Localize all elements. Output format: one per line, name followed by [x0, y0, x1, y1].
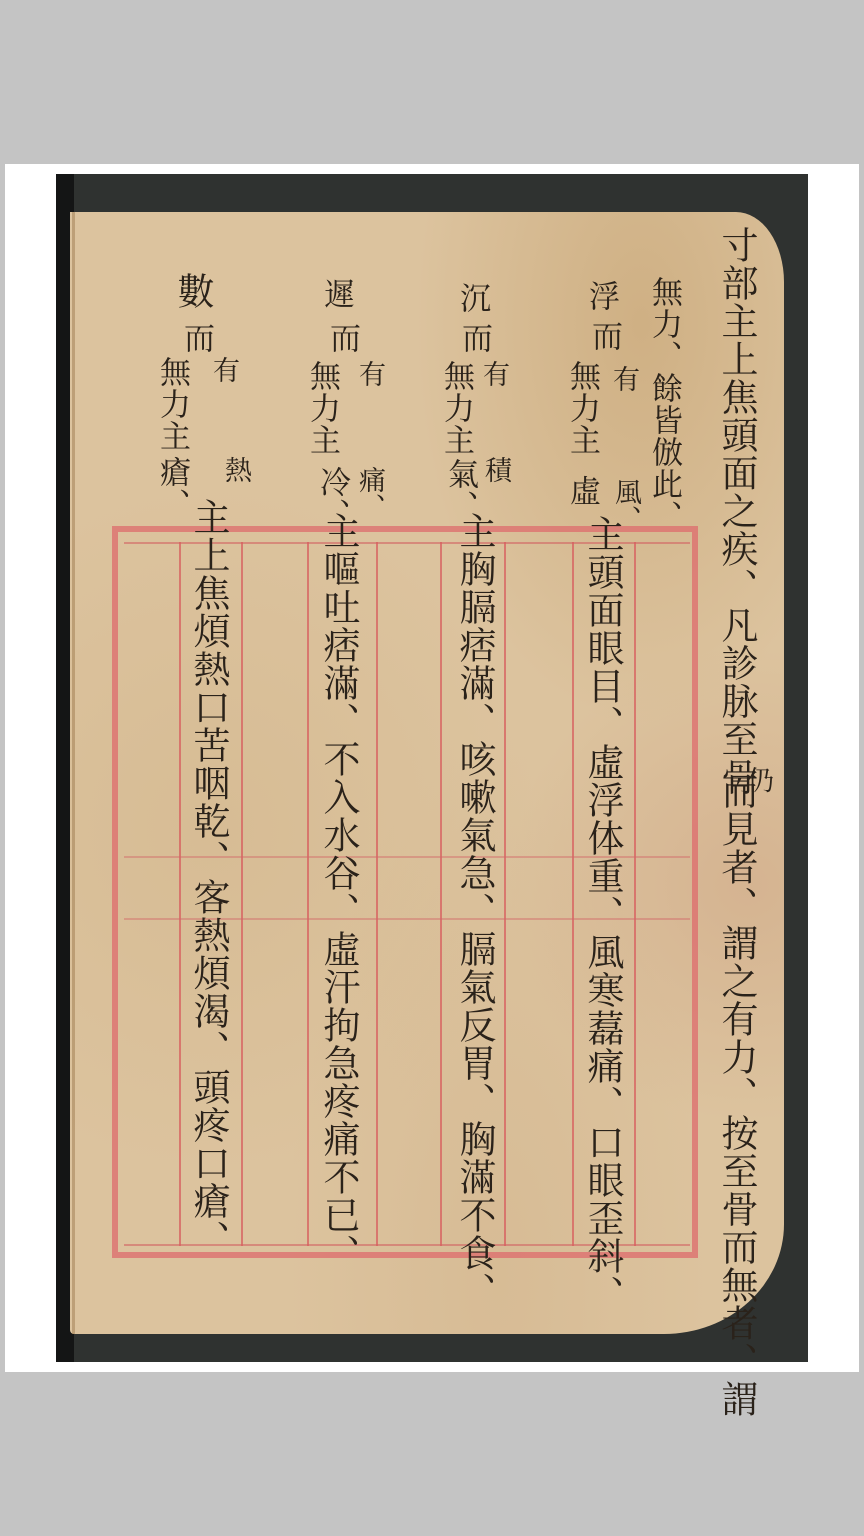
pulse-chen-you: 有 — [480, 360, 507, 387]
pulse-chi: 遲 — [320, 278, 351, 310]
pulse-chen: 沉 — [456, 282, 487, 314]
pulse-chen-er: 而 — [458, 322, 489, 354]
pulse-fu-wu: 無力主 — [566, 360, 597, 456]
pulse-shu-you-zhu: 熱 — [222, 456, 249, 483]
column-rule — [307, 542, 309, 1246]
column-rule — [241, 542, 243, 1246]
heading-column-bottom: 而見者、謂之有力、按至骨而無者、謂 — [718, 772, 755, 1418]
pulse-fu-body: 主頭面眼目、虛浮体重、風寒藞痛、口眼歪斜、 — [584, 515, 621, 1313]
pulse-chen-you-zhu: 積 — [482, 456, 509, 483]
pulse-shu-body: 主上焦煩熱口苦咽乾、客熱煩渴、頭疼口瘡、 — [190, 498, 227, 1258]
pulse-fu-wu-zhu: 虛 — [566, 475, 597, 507]
pulse-chi-you: 有 — [356, 360, 383, 387]
pulse-chi-you-zhu: 痛、 — [356, 466, 383, 520]
column-rule — [376, 542, 378, 1246]
pulse-chi-er: 而 — [326, 322, 357, 354]
pulse-chen-wu: 無力主 — [440, 360, 471, 456]
pulse-chi-wu: 無力主 — [306, 360, 337, 456]
heading-column-top: 寸部主上焦頭面之疾、凡診脉至骨 — [718, 226, 755, 796]
pulse-fu-you: 有 — [610, 365, 637, 392]
column-rule — [634, 542, 636, 1246]
pulse-chi-body: 主嘔吐痞滿、不入水谷、虛汗拘急疼痛不已、 — [320, 512, 357, 1272]
pulse-shu-you: 有 — [210, 356, 237, 383]
page-fold-line — [72, 212, 75, 1334]
column-rule — [440, 542, 442, 1246]
pulse-fu-er: 而 — [588, 320, 619, 352]
pulse-fu: 浮 — [585, 280, 616, 312]
pulse-shu-er: 而 — [180, 322, 211, 354]
column-rule — [504, 542, 506, 1246]
column-rule — [179, 542, 181, 1246]
heading-continuation: 無力、餘皆倣此、 — [648, 276, 679, 532]
pulse-shu-wu-zhu: 瘡、 — [156, 456, 187, 520]
pulse-chen-body: 主胸膈痞滿、咳嗽氣急、膈氣反胃、胸滿不食、 — [456, 512, 493, 1310]
column-rule — [572, 542, 574, 1246]
pulse-shu-wu: 無力主 — [156, 356, 187, 452]
margin-insert-mark: 仍 — [744, 766, 771, 793]
pulse-shu: 數 — [174, 272, 211, 310]
